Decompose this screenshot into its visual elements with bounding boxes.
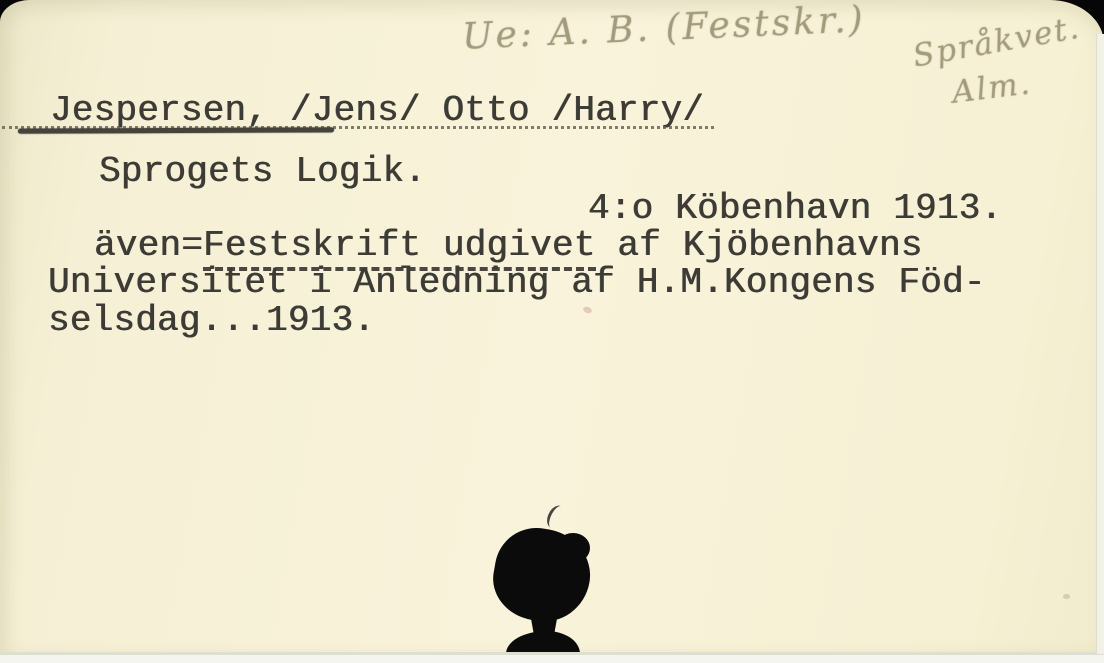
scan-right-edge [1096, 34, 1104, 654]
scan-bottom-edge [0, 652, 1104, 663]
scanned-catalog-card: Ue: A. B. (Festskr.) Språkvet. Alm. Jesp… [0, 0, 1104, 663]
catalog-card: Ue: A. B. (Festskr.) Språkvet. Alm. Jesp… [0, 0, 1104, 655]
handwritten-subject-note-2: Alm. [950, 65, 1033, 110]
note-line-1-suffix: af Kjöbenhavns [596, 225, 923, 266]
note-line-3: selsdag...1913. [48, 300, 375, 341]
work-title: Sprogets Logik. [99, 151, 426, 192]
note-line-2: Universitet i Anledning af H.M.Kongens F… [48, 262, 986, 303]
handwritten-classmark: Ue: A. B. (Festskr.) [461, 0, 866, 58]
note-line-1: även=Festskrift udgivet af Kjöbenhavns [94, 225, 923, 266]
author-underline [18, 127, 334, 133]
imprint-line: 4:o Köbenhavn 1913. [588, 188, 1002, 229]
handwritten-subject-note: Språkvet. [910, 10, 1083, 75]
hole-punch-bump [556, 533, 590, 563]
note-line-1-prefix: även= [94, 225, 203, 266]
ink-speck-2 [1063, 594, 1070, 599]
author-heading: Jespersen, /Jens/ Otto /Harry/ [50, 90, 704, 131]
hole-punch-curl-stroke [544, 503, 569, 532]
ink-speck [582, 306, 593, 315]
